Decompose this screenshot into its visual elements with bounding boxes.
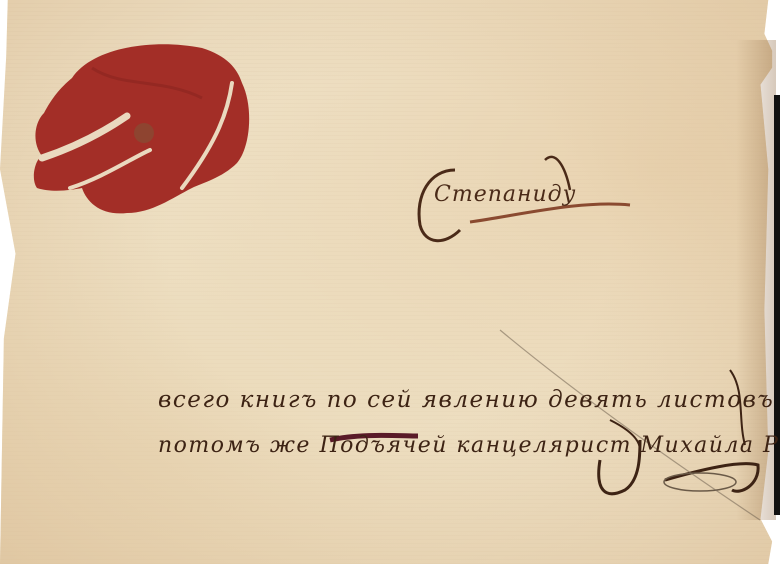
manuscript-line-2: потомъ же Подъячей канцелярист Михайла Р…: [158, 433, 780, 458]
wax-seal-icon: [32, 38, 252, 218]
manuscript-line-1: всего книгъ по сей явлению девять листов…: [158, 387, 774, 413]
signature-endorsement: Степаниду: [434, 182, 576, 207]
